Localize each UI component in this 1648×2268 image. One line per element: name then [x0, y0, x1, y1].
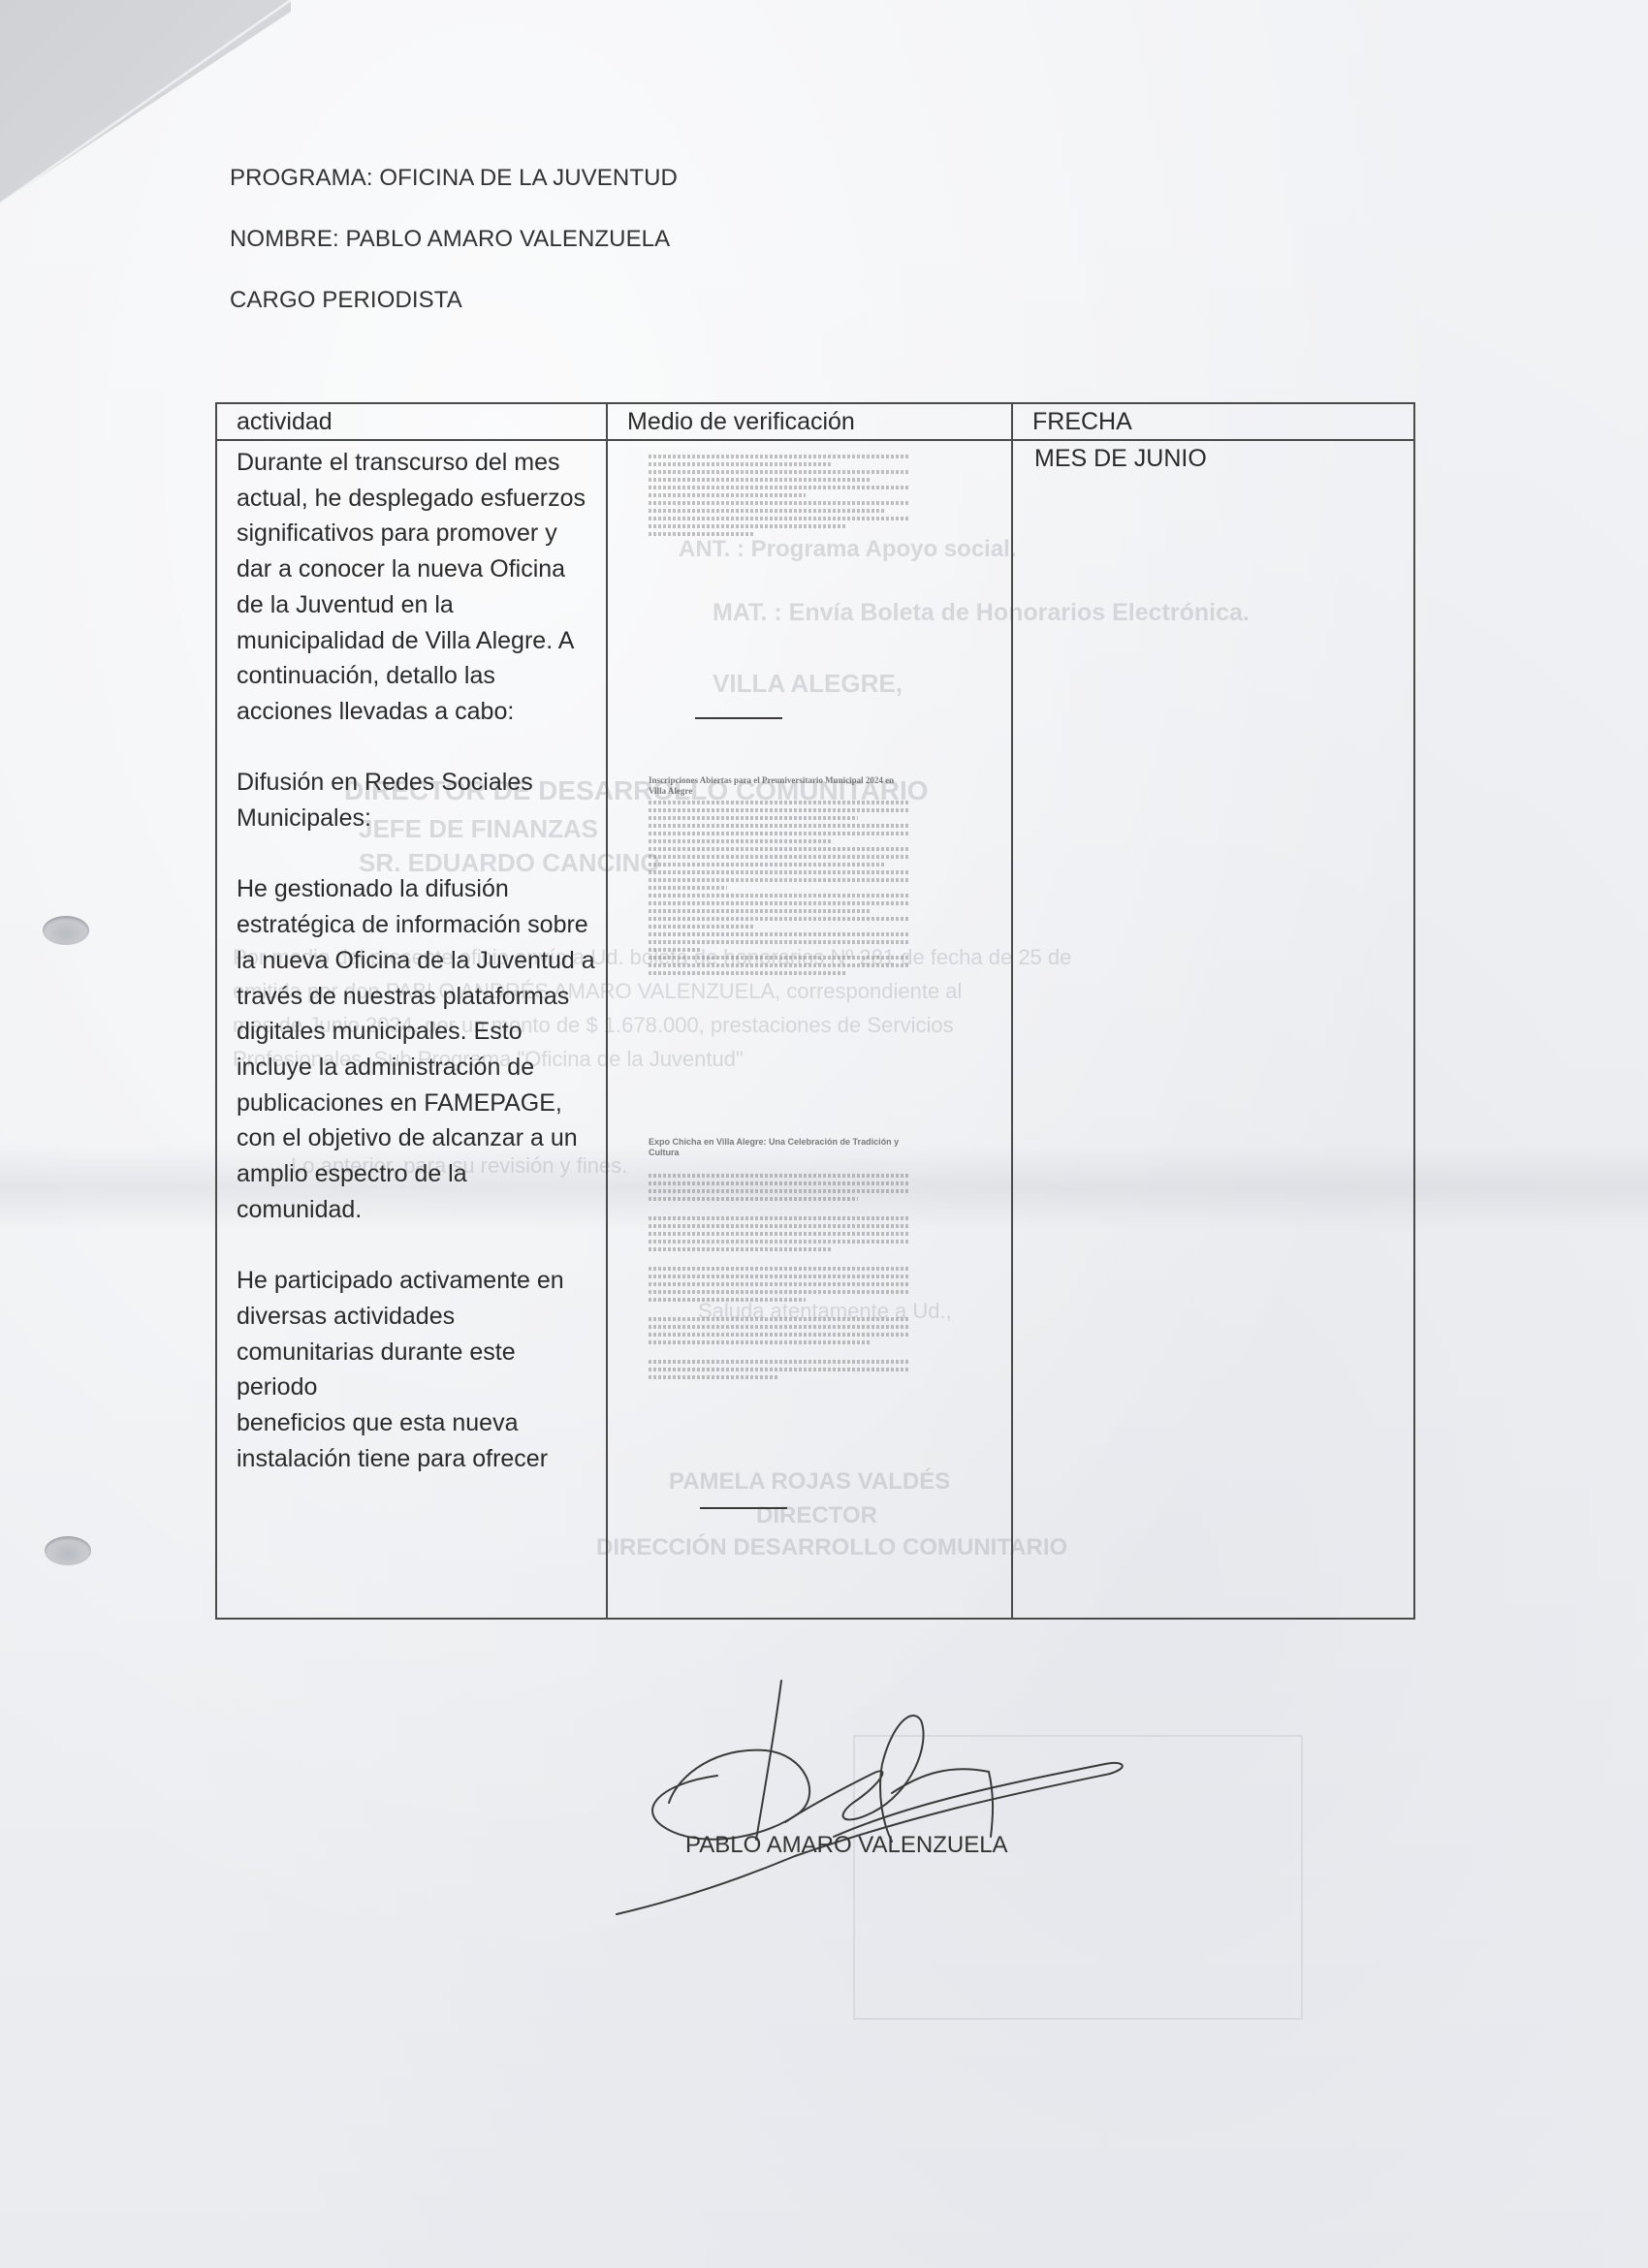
news-clipping-2: Inscripciones Abiertas para el Preuniver…	[649, 775, 910, 979]
verification-cell: Inscripciones Abiertas para el Preuniver…	[607, 440, 1012, 1619]
column-header-verification: Medio de verificación	[607, 403, 1012, 440]
clipping-divider	[695, 717, 782, 719]
signature-name: PABLO AMARO VALENZUELA	[685, 1832, 1008, 1859]
news-clipping-1	[649, 451, 910, 540]
position-label: CARGO PERIODISTA	[230, 287, 462, 314]
activity-paragraph: He participado activamente en diversas a…	[237, 1263, 596, 1476]
punch-hole-bottom	[45, 1536, 91, 1565]
activity-cell: Durante el transcurso del mes actual, he…	[216, 440, 607, 1619]
punch-hole-top	[43, 916, 89, 945]
activity-paragraph: Durante el transcurso del mes actual, he…	[237, 445, 596, 730]
name-label: NOMBRE: PABLO AMARO VALENZUELA	[230, 226, 670, 253]
date-cell: MES DE JUNIO	[1012, 440, 1414, 1619]
table-row: Durante el transcurso del mes actual, he…	[216, 440, 1414, 1619]
column-header-date: FRECHA	[1012, 403, 1414, 440]
program-label: PROGRAMA: OFICINA DE LA JUVENTUD	[230, 165, 678, 192]
clipping-title: Inscripciones Abiertas para el Preuniver…	[649, 775, 910, 797]
table-header-row: actividad Medio de verificación FRECHA	[216, 403, 1414, 440]
clipping-title: Expo Chicha en Villa Alegre: Una Celebra…	[649, 1137, 910, 1158]
column-header-activity: actividad	[216, 403, 607, 440]
news-clipping-3: Expo Chicha en Villa Alegre: Una Celebra…	[649, 1137, 910, 1383]
handwritten-signature	[601, 1667, 1163, 1938]
activity-paragraph: Difusión en Redes Sociales Municipales:	[237, 765, 596, 835]
activity-paragraph: He gestionado la difusión estratégica de…	[237, 871, 596, 1227]
clipping-divider	[700, 1507, 787, 1509]
activities-table: actividad Medio de verificación FRECHA D…	[215, 402, 1415, 1620]
